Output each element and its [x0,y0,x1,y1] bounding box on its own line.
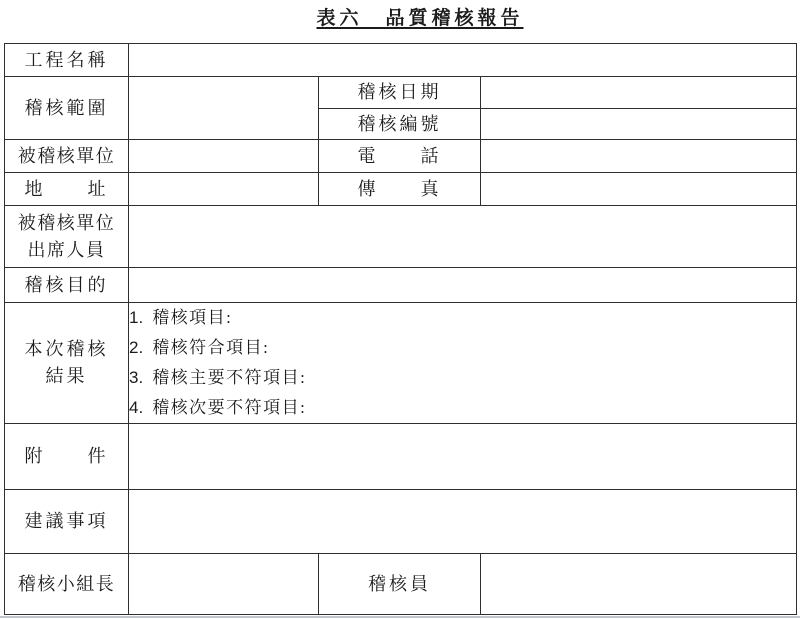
audit-scope-value-cell[interactable] [129,77,319,140]
project-name-label: 工程名稱 [5,44,129,77]
quality-audit-form-table: 工程名稱 稽核範圍 稽核日期 稽核編號 被稽核單位 電 話 地 址 傳 真 [4,43,797,615]
document-title: 表六 品質稽核報告 [0,3,800,30]
audit-scope-label: 稽核範圍 [5,77,129,140]
audit-result-label-line2: 結果 [5,363,128,390]
auditor-value-cell[interactable] [481,554,797,615]
document-page: 表六 品質稽核報告 工程名稱 稽核範圍 稽核日期 稽核編號 被稽核單位 電 話 [0,0,800,619]
audit-result-label-line1: 本次稽核 [5,336,128,363]
attendees-value-cell[interactable] [129,206,797,268]
audit-result-items-cell[interactable]: 1.稽核項目: 2.稽核符合項目: 3.稽核主要不符項目: 4.稽核次要不符項目… [129,303,797,424]
audited-unit-label: 被稽核單位 [5,140,129,173]
item-text: 稽核符合項目: [152,338,269,357]
phone-label: 電 話 [319,140,481,173]
audit-number-label: 稽核編號 [319,109,481,140]
audit-date-label: 稽核日期 [319,77,481,109]
item-text: 稽核次要不符項目: [152,398,306,417]
attendees-label-line1: 被稽核單位 [5,210,128,237]
suggestions-value-cell[interactable] [129,490,797,554]
suggestions-label: 建議事項 [5,490,129,554]
audit-result-item: 1.稽核項目: [129,303,796,333]
attendees-label: 被稽核單位 出席人員 [5,206,129,268]
address-label: 地 址 [5,173,129,206]
item-number: 4. [129,398,143,417]
audit-purpose-value-cell[interactable] [129,268,797,303]
audit-result-item: 3.稽核主要不符項目: [129,363,796,393]
document-title-text: 表六 品質稽核報告 [316,8,523,29]
audit-result-label: 本次稽核 結果 [5,303,129,424]
audit-purpose-label: 稽核目的 [5,268,129,303]
item-text: 稽核項目: [152,308,232,327]
team-leader-label: 稽核小組長 [5,554,129,615]
audited-unit-value-cell[interactable] [129,140,319,173]
auditor-label: 稽核員 [319,554,481,615]
address-value-cell[interactable] [129,173,319,206]
item-number: 2. [129,338,143,357]
audit-number-value-cell[interactable] [481,109,797,140]
fax-label: 傳 真 [319,173,481,206]
audit-result-item: 4.稽核次要不符項目: [129,393,796,423]
item-number: 3. [129,368,143,387]
phone-value-cell[interactable] [481,140,797,173]
item-number: 1. [129,308,143,327]
project-name-value-cell[interactable] [129,44,797,77]
attachment-value-cell[interactable] [129,424,797,490]
team-leader-value-cell[interactable] [129,554,319,615]
fax-value-cell[interactable] [481,173,797,206]
item-text: 稽核主要不符項目: [152,368,306,387]
attachment-label: 附 件 [5,424,129,490]
audit-date-value-cell[interactable] [481,77,797,109]
audit-result-item: 2.稽核符合項目: [129,333,796,363]
page-bottom-edge-line [0,616,800,618]
attendees-label-line2: 出席人員 [5,237,128,264]
